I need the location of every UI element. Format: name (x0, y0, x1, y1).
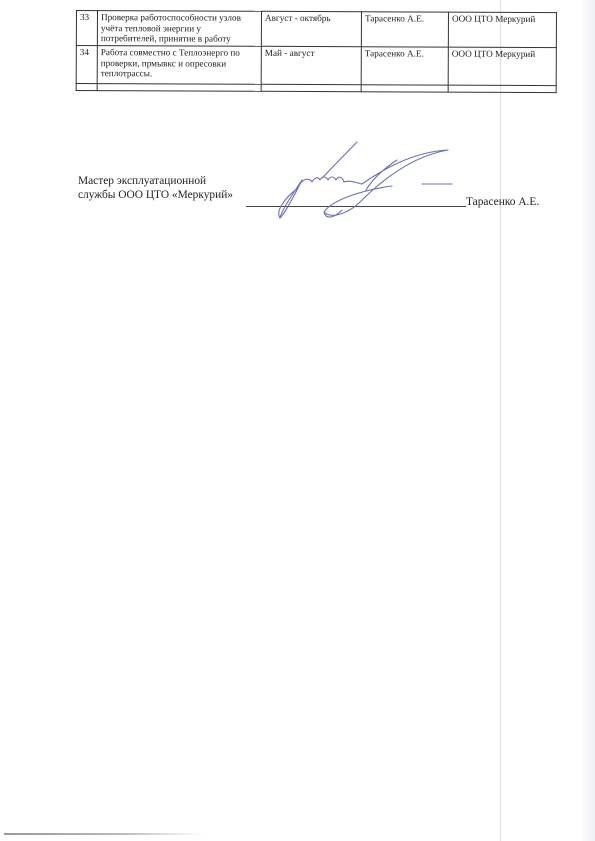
table-row-empty (76, 84, 556, 93)
handwritten-signature-icon (262, 140, 462, 230)
organization: ООО ЦТО Меркурий (448, 47, 556, 85)
table-row: 33 Проверка работоспособности узлов учёт… (76, 11, 556, 48)
position-line-1: Мастер эксплуатационной (78, 174, 233, 188)
empty-cell (261, 84, 361, 91)
position-line-2: службы ООО ЦТО «Меркурий» (78, 188, 233, 202)
signatory-name: Тарасенко А.Е. (466, 196, 539, 208)
responsible-person: Тарасенко А.Е. (361, 12, 448, 47)
scan-shadow (583, 0, 595, 841)
task-description: Проверка работоспособности узлов учёта т… (97, 11, 261, 47)
task-description: Работа совместно с Теплоэнерго по провер… (97, 46, 261, 85)
signatory-position: Мастер эксплуатационной службы ООО ЦТО «… (78, 174, 233, 202)
page-fold-line (500, 0, 501, 841)
organization: ООО ЦТО Меркурий (448, 12, 556, 47)
empty-cell (448, 85, 556, 92)
row-number: 34 (76, 46, 97, 84)
task-period: Май - август (261, 46, 361, 84)
task-period: Август - октябрь (261, 11, 361, 46)
empty-cell (361, 85, 448, 92)
table-row: 34 Работа совместно с Теплоэнерго по про… (76, 46, 556, 86)
empty-cell (97, 84, 261, 92)
scan-edge (4, 833, 204, 835)
empty-cell (76, 84, 97, 91)
work-plan-table: 33 Проверка работоспособности узлов учёт… (76, 10, 557, 93)
responsible-person: Тарасенко А.Е. (361, 47, 448, 85)
row-number: 33 (76, 11, 97, 46)
